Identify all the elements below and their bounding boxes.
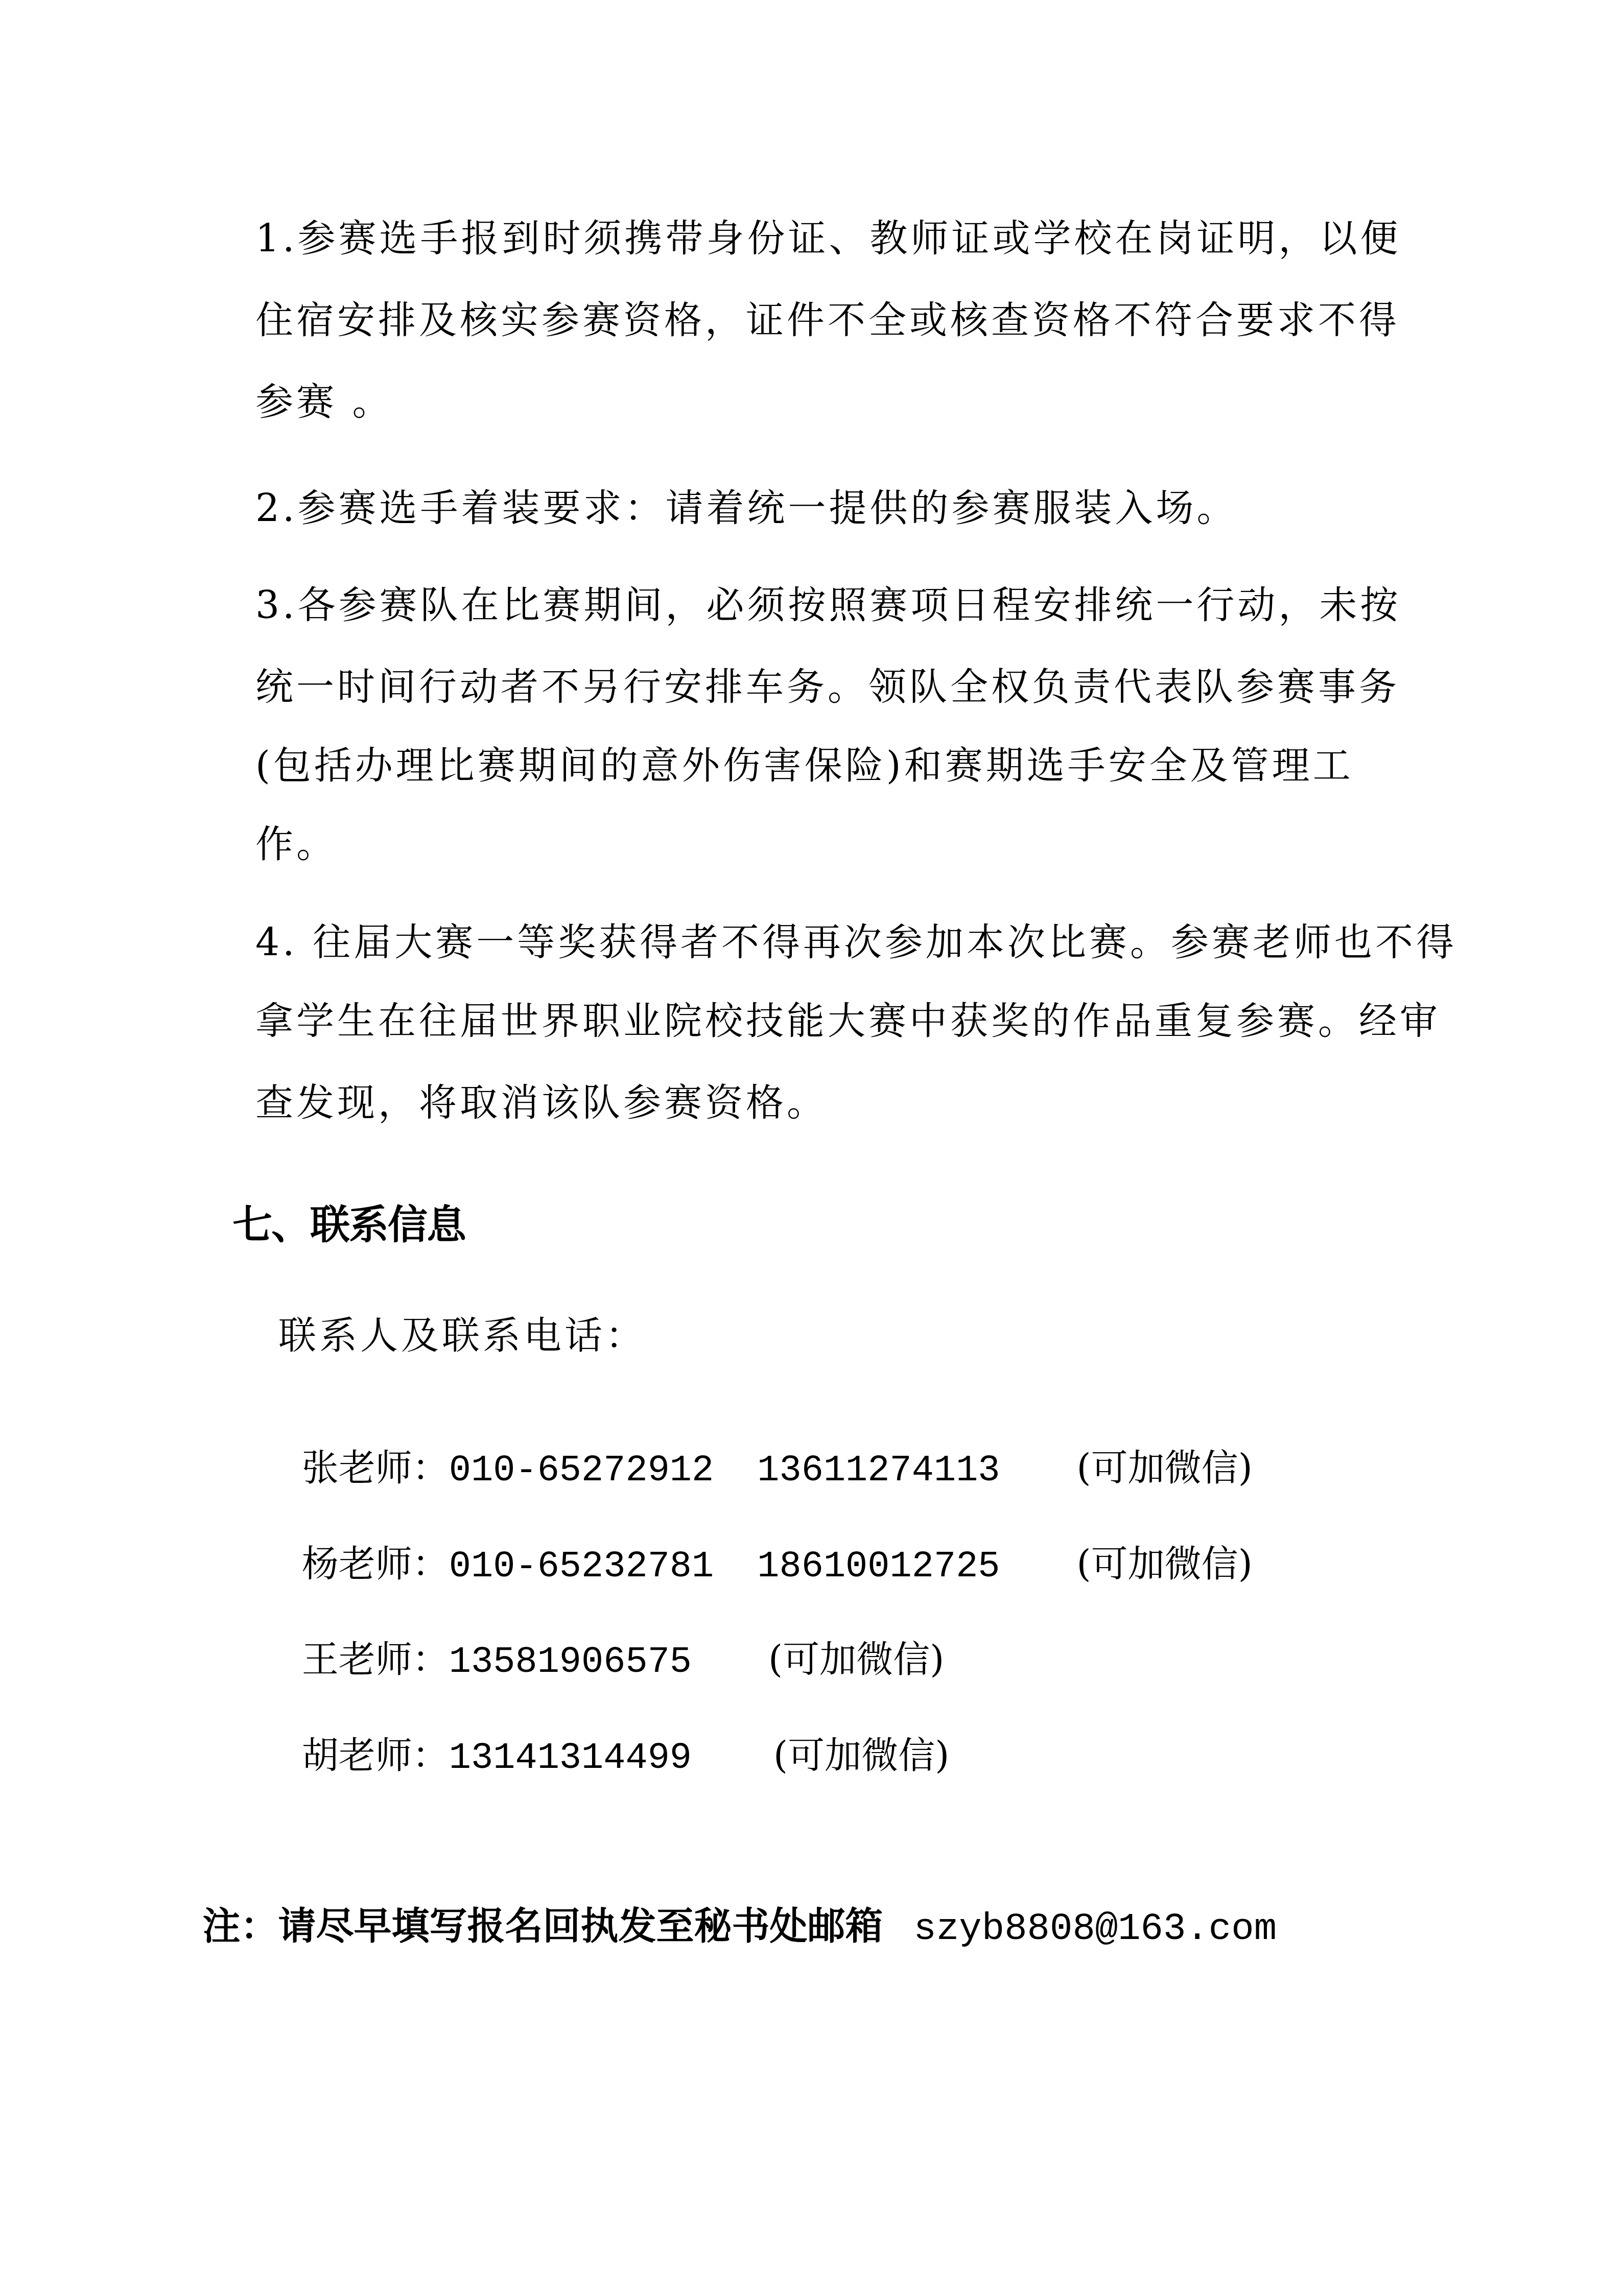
contact-name: 胡老师： [302,1737,449,1773]
requirement-4-line-1: 4. 往届大赛一等奖获得者不得再次参加本次比赛。参赛老师也不得 [255,924,1457,961]
contact-intro: 联系人及联系电话： [278,1317,646,1355]
contact-row-wang: 王老师：13581906575(可加微信) [278,1604,944,1681]
contact-mobile: 13141314499 [449,1740,692,1777]
requirement-3-line-3: (包括办理比赛期间的意外伤害保险)和赛期选手安全及管理工 [255,747,1354,785]
contact-row-hu: 胡老师：13141314499(可加微信) [278,1700,949,1777]
note-email[interactable]: szyb8808@163.com [914,1908,1277,1951]
contact-mobile: 13581906575 [449,1644,692,1681]
contact-wechat-note: (可加微信) [773,1737,949,1773]
contact-mobile: 13611274113 [757,1452,1000,1489]
contact-wechat-note: (可加微信) [1077,1449,1253,1486]
contact-row-zhang: 张老师：010-6527291213611274113(可加微信) [278,1412,1253,1489]
contact-row-yang: 杨老师：010-6523278118610012725(可加微信) [278,1508,1253,1585]
section-heading-contact: 七、联系信息 [232,1205,465,1245]
contact-name: 王老师： [302,1641,449,1677]
requirement-1-line-2: 住宿安排及核实参赛资格，证件不全或核查资格不符合要求不得 [255,301,1400,339]
note-text: 注：请尽早填写报名回执发至秘书处邮箱 [203,1904,883,1948]
contact-name: 杨老师： [302,1545,449,1582]
contact-mobile: 18610012725 [757,1548,1000,1585]
requirement-1-line-1: 1.参赛选手报到时须携带身份证、教师证或学校在岗证明，以便 [255,220,1401,257]
contact-landline: 010-65272912 [449,1452,714,1489]
submission-note: 注：请尽早填写报名回执发至秘书处邮箱szyb8808@163.com [176,1870,1277,1948]
requirement-1-line-3: 参赛 。 [255,383,393,421]
requirement-3-line-4: 作。 [255,825,337,863]
contact-wechat-note: (可加微信) [1077,1545,1253,1582]
contact-wechat-note: (可加微信) [768,1641,944,1677]
requirement-3-line-2: 统一时间行动者不另行安排车务。领队全权负责代表队参赛事务 [255,668,1400,706]
requirement-2-line-1: 2.参赛选手着装要求：请着统一提供的参赛服装入场。 [255,489,1238,527]
requirement-4-line-3: 查发现，将取消该队参赛资格。 [255,1084,828,1122]
requirement-4-line-2: 拿学生在往届世界职业院校技能大赛中获奖的作品重复参赛。经审 [255,1002,1441,1040]
contact-name: 张老师： [302,1449,449,1486]
contact-landline: 010-65232781 [449,1548,714,1585]
requirement-3-line-1: 3.各参赛队在比赛期间，必须按照赛项日程安排统一行动，未按 [255,586,1401,624]
